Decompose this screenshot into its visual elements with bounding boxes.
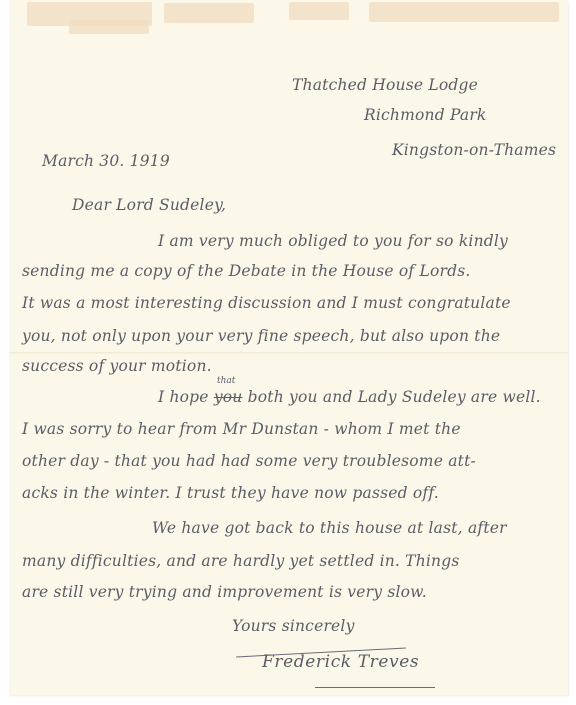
inserted-word: that xyxy=(217,376,235,386)
body-text: both you and Lady Sudeley are well. xyxy=(248,388,541,406)
address-line-3: Kingston-on-Thames xyxy=(392,141,556,159)
body-line: success of your motion. xyxy=(22,357,212,375)
body-line: It was a most interesting discussion and… xyxy=(22,294,511,312)
salutation: Dear Lord Sudeley, xyxy=(72,196,226,214)
body-line: other day - that you had had some very t… xyxy=(22,452,476,470)
closing: Yours sincerely xyxy=(232,617,355,635)
body-text: I hope xyxy=(158,388,209,406)
body-line: you, not only upon your very fine speech… xyxy=(22,327,500,345)
letter-date: March 30. 1919 xyxy=(42,152,170,170)
body-line: acks in the winter. I trust they have no… xyxy=(22,484,439,502)
paper-stain xyxy=(164,3,254,23)
body-line: sending me a copy of the Debate in the H… xyxy=(22,262,471,280)
address-line-2: Richmond Park xyxy=(364,106,487,124)
signature: Frederick Treves xyxy=(262,652,419,672)
struck-word: you xyxy=(214,388,243,406)
paper-stain xyxy=(69,20,149,34)
signature-underline xyxy=(315,687,435,688)
address-line-1: Thatched House Lodge xyxy=(292,76,478,94)
body-line: We have got back to this house at last, … xyxy=(152,519,507,537)
body-line: many difficulties, and are hardly yet se… xyxy=(22,552,460,570)
body-line: I am very much obliged to you for so kin… xyxy=(158,232,508,250)
body-line: I was sorry to hear from Mr Dunstan - wh… xyxy=(22,420,461,438)
paper-stain xyxy=(369,2,559,22)
fold-crease xyxy=(9,352,568,354)
body-line: are still very trying and improvement is… xyxy=(22,583,427,601)
body-line: I hope you both you and Lady Sudeley are… xyxy=(158,388,541,406)
paper-stain xyxy=(289,2,349,20)
